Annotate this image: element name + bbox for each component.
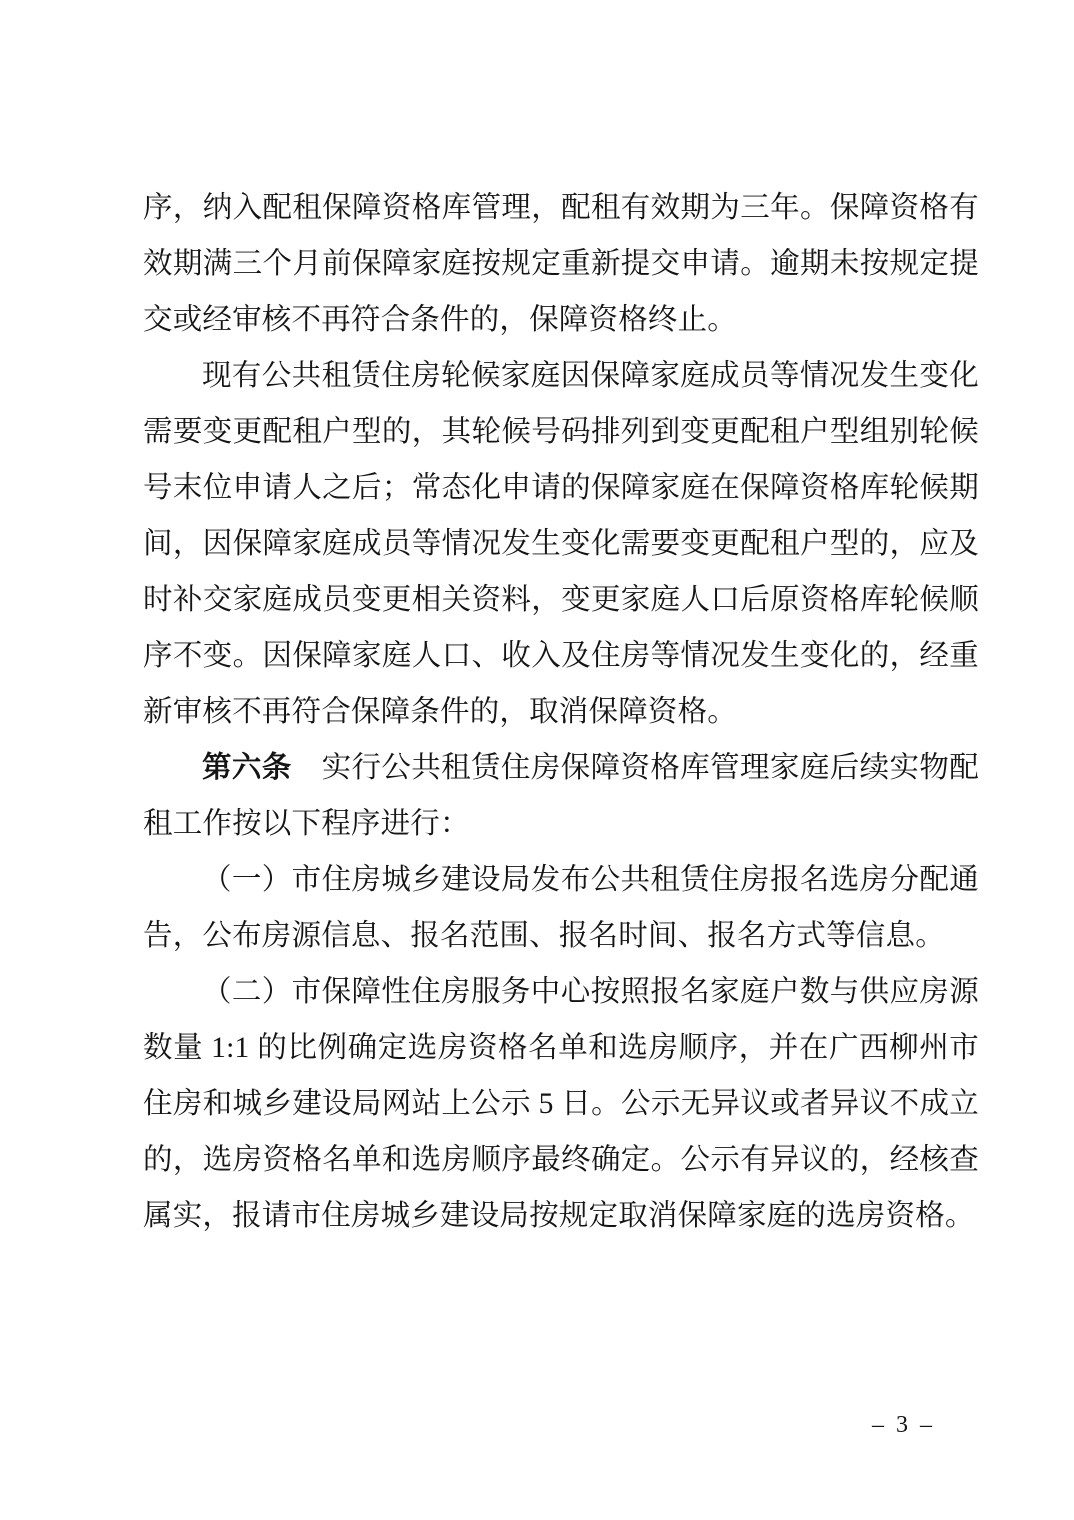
paragraph: 第六条 实行公共租赁住房保障资格库管理家庭后续实物配租工作按以下程序进行：: [143, 740, 979, 852]
page-number: – 3 –: [872, 1410, 935, 1440]
article-number: 第六条: [202, 752, 292, 784]
paragraph: 现有公共租赁住房轮候家庭因保障家庭成员等情况发生变化需要变更配租户型的，其轮候号…: [143, 348, 979, 740]
paragraph: （一）市住房城乡建设局发布公共租赁住房报名选房分配通告，公布房源信息、报名范围、…: [143, 852, 979, 964]
paragraph: （二）市保障性住房服务中心按照报名家庭户数与供应房源数量 1:1 的比例确定选房…: [143, 964, 979, 1244]
document-body: 序，纳入配租保障资格库管理，配租有效期为三年。保障资格有效期满三个月前保障家庭按…: [143, 180, 979, 1244]
paragraph: 序，纳入配租保障资格库管理，配租有效期为三年。保障资格有效期满三个月前保障家庭按…: [143, 180, 979, 348]
document-page: 序，纳入配租保障资格库管理，配租有效期为三年。保障资格有效期满三个月前保障家庭按…: [0, 0, 1074, 1520]
